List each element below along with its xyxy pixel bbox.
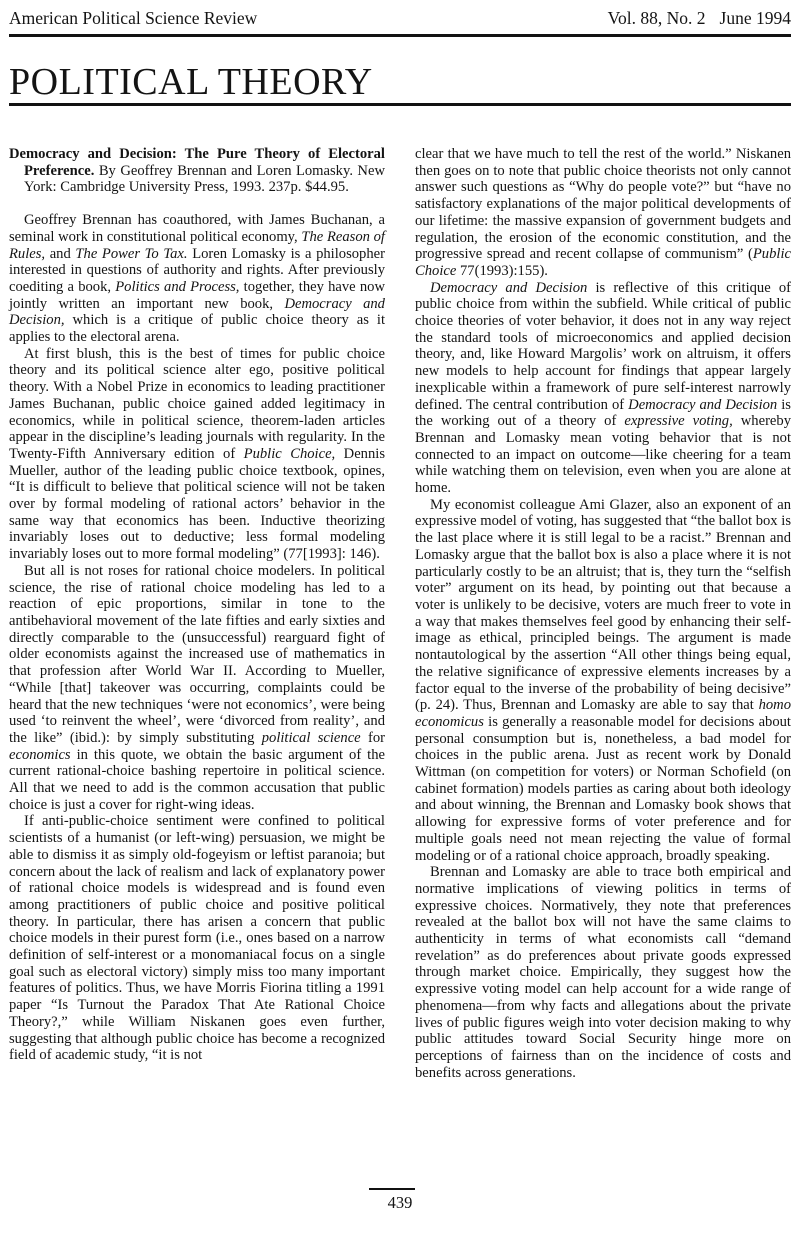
- paragraph: Democracy and Decision is reflective of …: [415, 280, 791, 497]
- book-citation: Democracy and Decision: The Pure Theory …: [9, 146, 385, 196]
- section-title: POLITICAL THEORY: [9, 63, 791, 101]
- paragraph: But all is not roses for rational choice…: [9, 563, 385, 814]
- footer-rule: [369, 1188, 415, 1190]
- left-column: Democracy and Decision: The Pure Theory …: [9, 146, 385, 1081]
- right-column: clear that we have much to tell the rest…: [415, 146, 791, 1081]
- journal-header: American Political Science Review Vol. 8…: [9, 6, 791, 34]
- paragraph: At first blush, this is the best of time…: [9, 346, 385, 563]
- page-footer: 439: [0, 1188, 800, 1213]
- paragraph: If anti-public-choice sentiment were con…: [9, 813, 385, 1064]
- paragraph: Brennan and Lomasky are able to trace bo…: [415, 864, 791, 1081]
- issue-date: June 1994: [720, 8, 791, 29]
- issue-info: Vol. 88, No. 2 June 1994: [608, 8, 791, 29]
- header-rule: [9, 34, 791, 37]
- journal-title: American Political Science Review: [9, 8, 257, 29]
- page-number: 439: [0, 1193, 800, 1213]
- section-title-rule: [9, 103, 791, 106]
- paragraph: clear that we have much to tell the rest…: [415, 146, 791, 280]
- issue-volume: Vol. 88, No. 2: [608, 8, 706, 29]
- journal-page: American Political Science Review Vol. 8…: [0, 0, 800, 1254]
- paragraph: Geoffrey Brennan has coauthored, with Ja…: [9, 212, 385, 346]
- review-body: Democracy and Decision: The Pure Theory …: [9, 146, 791, 1081]
- paragraph: My economist colleague Ami Glazer, also …: [415, 497, 791, 864]
